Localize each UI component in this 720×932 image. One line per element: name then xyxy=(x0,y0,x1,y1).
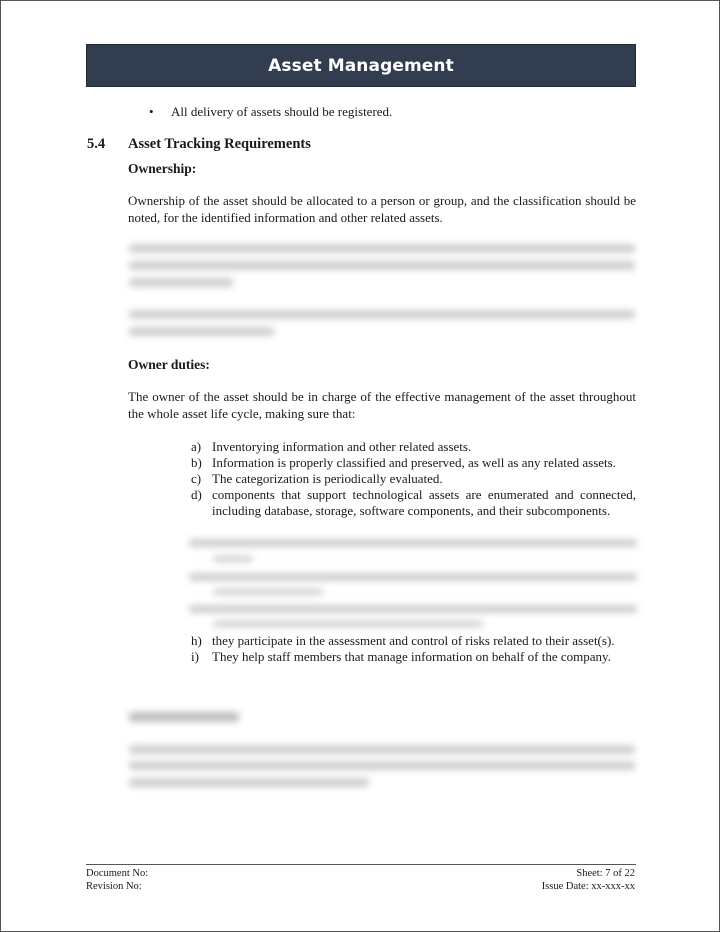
redacted-text xyxy=(189,573,637,581)
redacted-text xyxy=(213,621,483,627)
redacted-text xyxy=(129,761,635,770)
list-item: c) The categorization is periodically ev… xyxy=(191,471,636,487)
issue-date: Issue Date: xx-xxx-xx xyxy=(542,880,635,893)
footer-right: Sheet: 7 of 22 Issue Date: xx-xxx-xx xyxy=(542,867,635,893)
footer-divider xyxy=(86,864,636,865)
redacted-text xyxy=(129,278,233,287)
redacted-text xyxy=(129,244,635,253)
header-banner: Asset Management xyxy=(86,44,636,87)
list-item: b) Information is properly classified an… xyxy=(191,455,636,471)
section-title: Asset Tracking Requirements xyxy=(128,136,311,153)
list-item: i) They help staff members that manage i… xyxy=(191,649,636,665)
bullet-icon: • xyxy=(149,104,171,120)
redacted-text xyxy=(129,310,635,319)
redacted-text xyxy=(129,745,635,754)
section-number: 5.4 xyxy=(87,136,105,153)
intro-bullet-item: • All delivery of assets should be regis… xyxy=(149,104,392,120)
sheet-number: Sheet: 7 of 22 xyxy=(542,867,635,880)
revision-no-label: Revision No: xyxy=(86,880,148,893)
owner-duties-paragraph: The owner of the asset should be in char… xyxy=(128,389,636,422)
document-title: Asset Management xyxy=(268,56,454,76)
list-item: a) Inventorying information and other re… xyxy=(191,439,636,455)
redacted-text xyxy=(129,327,274,336)
intro-bullet-text: All delivery of assets should be registe… xyxy=(171,104,392,120)
list-item: d) components that support technological… xyxy=(191,487,636,519)
duties-list-bottom: h) they participate in the assessment an… xyxy=(191,633,636,665)
ownership-paragraph: Ownership of the asset should be allocat… xyxy=(128,193,636,226)
document-page: Asset Management • All delivery of asset… xyxy=(0,0,720,932)
redacted-text xyxy=(189,539,637,547)
document-no-label: Document No: xyxy=(86,867,148,880)
footer-left: Document No: Revision No: xyxy=(86,867,148,893)
owner-duties-heading: Owner duties: xyxy=(128,357,210,373)
redacted-text xyxy=(129,261,635,270)
redacted-text xyxy=(129,778,369,787)
duties-list-top: a) Inventorying information and other re… xyxy=(191,439,636,519)
redacted-text xyxy=(213,556,253,562)
redacted-text xyxy=(189,605,637,613)
redacted-heading xyxy=(129,712,239,722)
redacted-text xyxy=(213,589,323,595)
list-item: h) they participate in the assessment an… xyxy=(191,633,636,649)
ownership-heading: Ownership: xyxy=(128,161,196,177)
